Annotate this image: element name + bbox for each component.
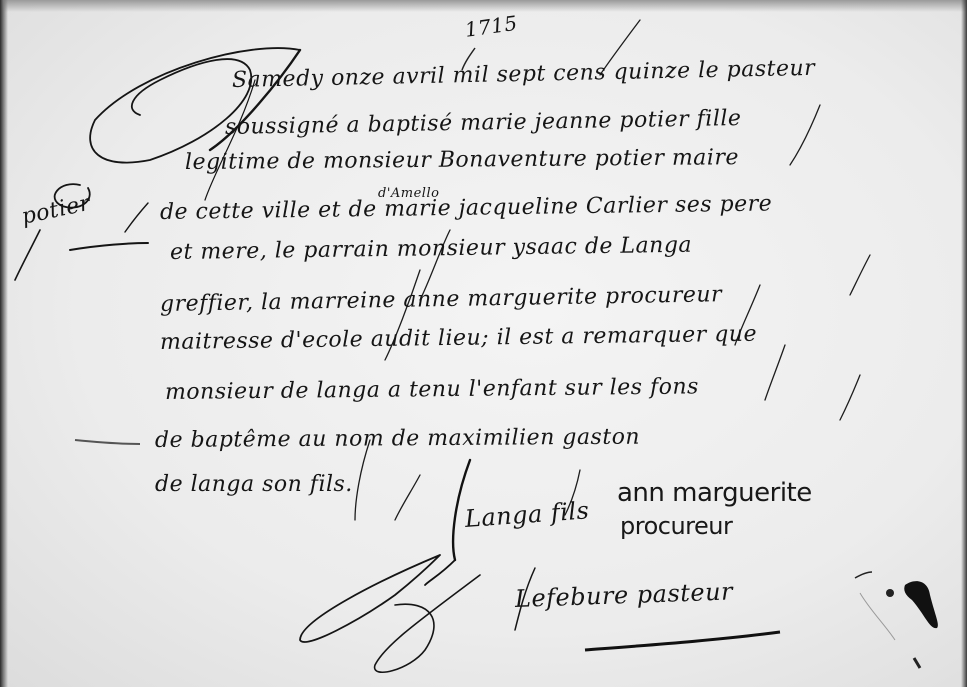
ink-blot-icon <box>855 572 938 668</box>
pastor-signature-flourish-icon <box>300 555 535 672</box>
register-page: 1715 potier Samedy onze avril mil sept c… <box>0 0 967 687</box>
signature-godmother: ann marguerite <box>617 478 812 508</box>
signature-underline <box>585 632 780 650</box>
langa-signature-flourish-icon <box>425 460 470 585</box>
text-line-9: de baptême au nom de maximilien gaston <box>155 425 640 453</box>
text-line-10: de langa son fils. <box>155 472 353 497</box>
signature-godmother-title: procureur <box>620 512 732 540</box>
text-line-3: legitime de monsieur Bonaventure potier … <box>185 145 739 175</box>
margin-dash <box>75 440 140 444</box>
